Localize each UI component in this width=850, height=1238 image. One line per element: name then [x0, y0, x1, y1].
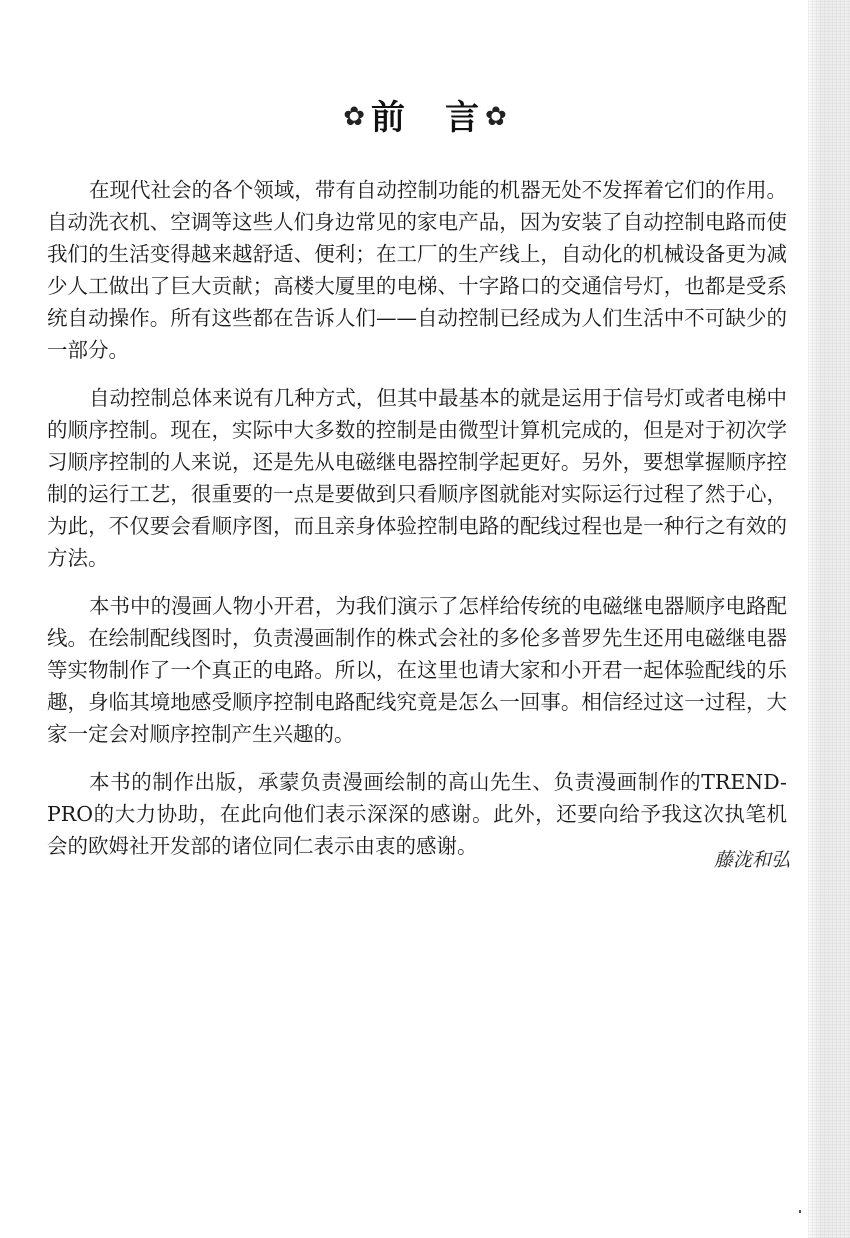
- preface-body: 在现代社会的各个领域，带有自动控制功能的机器无处不发挥着它们的作用。自动洗衣机、…: [47, 174, 787, 878]
- dust-speck: [799, 1210, 801, 1213]
- title-char-1: 前: [371, 98, 405, 138]
- paragraph-3: 本书中的漫画人物小开君，为我们演示了怎样给传统的电磁继电器顺序电路配线。在绘制配…: [47, 590, 787, 750]
- paragraph-1: 在现代社会的各个领域，带有自动控制功能的机器无处不发挥着它们的作用。自动洗衣机、…: [47, 174, 787, 366]
- paragraph-2: 自动控制总体来说有几种方式，但其中最基本的就是运用于信号灯或者电梯中的顺序控制。…: [47, 382, 787, 574]
- author-signature: 藤泷和弘: [714, 846, 790, 874]
- page-edge-shadow: [808, 0, 850, 1238]
- flower-ornament-icon: ✿: [485, 95, 507, 139]
- title-char-2: 言: [445, 98, 479, 138]
- paragraph-4: 本书的制作出版，承蒙负责漫画绘制的高山先生、负责漫画制作的TREND-PRO的大…: [47, 766, 787, 862]
- flower-ornament-icon: ✿: [343, 95, 365, 139]
- page-title: ✿前言✿: [0, 95, 850, 140]
